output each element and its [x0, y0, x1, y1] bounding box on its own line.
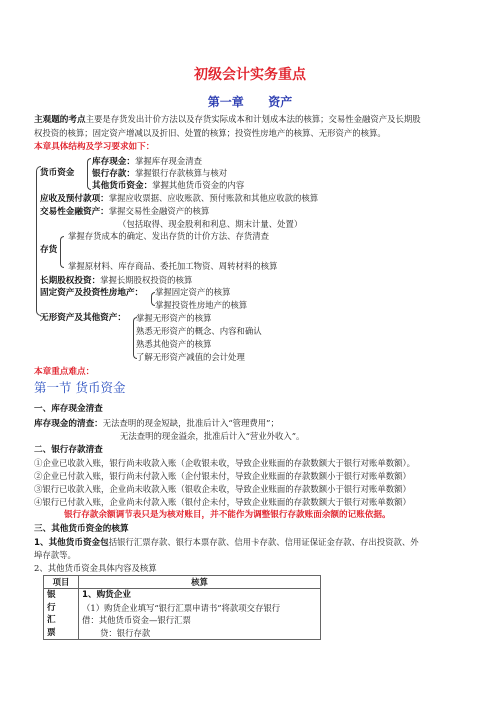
structure-heading: 本章具体结构及学习要求如下：	[34, 143, 154, 152]
key-points-heading: 本章重点难点：	[34, 368, 94, 377]
cash-brace	[87, 158, 91, 190]
bank-item-3: ③银行已收款入账，企业尚未收款入账（银收企未收，导致企业账面的存款数额小于银行对…	[34, 485, 411, 493]
bank-note: 银行存款余额调节表只是为核对账目，并不能作为调整银行存款账面余额的记账依据。	[64, 511, 391, 520]
document-title: 初级会计实务重点	[0, 68, 500, 82]
table-header-row: 项目 核算	[44, 576, 321, 589]
cash-item-1: 库存现金：掌握库存现金清查	[92, 157, 202, 167]
part1-line-1: 库存现金的清查：无法查明的现金短缺，批准后计入“管理费用”；	[34, 419, 279, 429]
intangible-label: 无形资产及其他资产：	[40, 314, 126, 323]
chapter-heading: 第一章 资产	[0, 96, 500, 108]
accounting-cell: 1、购货企业 （1）购货企业填写“银行汇票申请书”将款项交存银行 借：其他货币资…	[79, 589, 321, 640]
part3-para-2: 2、其他货币资金具体内容及核算	[34, 564, 157, 572]
fixed-item-2: 掌握投资性房地产的核算	[155, 301, 247, 309]
fixed-label: 固定资产及投资性房地产：	[40, 289, 143, 298]
fixed-item-1: 掌握固定资产的核算	[155, 288, 230, 296]
inventory-item-1: 掌握存货成本的确定、发出存货的计价方法、存货清查	[68, 232, 269, 240]
header-accounting: 核算	[79, 576, 321, 589]
receivables-item: 应收及预付款项：掌握应收票据、应收账款、预付账款和其他应收款的核算	[40, 194, 318, 204]
intangible-item-2: 熟悉无形资产的概念、内容和确认	[136, 327, 262, 335]
intangible-item-4: 了解无形资产减值的会计处理	[136, 353, 245, 361]
other-cash-table: 项目 核算 银 行 汇 票 1、购货企业 （1）购货企业填写“银行汇票申请书”将…	[43, 575, 321, 640]
intangible-item-3: 熟悉其他资产的核算	[136, 340, 211, 348]
inventory-brace	[60, 236, 64, 268]
cash-item-3: 其他货币资金：掌握其他货币资金的内容	[92, 181, 244, 191]
part1-heading: 一、库存现金清查	[34, 405, 103, 414]
chapter-number: 第一章	[208, 96, 244, 108]
part3-para-1: 1、其他货币资金包括银行汇票存款、银行本票存款、信用卡存款、信用证保证金存款、存…	[34, 538, 419, 548]
lt-equity-item: 长期股权投资：掌握长期股权投资的核算	[40, 276, 192, 286]
trading-note: （包括取得、现金股利和利息、期末计量、处置）	[118, 220, 302, 228]
trading-item: 交易性金融资产：掌握交易性金融资产的核算	[40, 207, 209, 217]
part3-heading: 三、其他货币资金的核算	[34, 525, 129, 534]
inventory-item-2: 掌握原材料、库存商品、委托加工物资、周转材料的核算	[68, 262, 277, 270]
part1-line-2: 无法查明的现金溢余，批准后计入“营业外收入”。	[120, 432, 304, 440]
intro-lead: 主观题的考点	[34, 115, 86, 125]
cash-item-2: 银行存款：掌握银行存款核算与核对	[92, 169, 227, 179]
header-item: 项目	[44, 576, 79, 589]
intangible-item-1: 掌握无形资产的核算	[136, 314, 211, 322]
intro-paragraph: 主观题的考点主要是存货发出计价方法以及存货实际成本和计划成本法的核算；交易性金融…	[34, 115, 421, 125]
intro-line-1: 主要是存货发出计价方法以及存货实际成本和计划成本法的核算；交易性金融资产及长期股	[86, 114, 421, 124]
section-title: 第一节 货币资金	[34, 382, 125, 395]
cash-label: 货币资金	[40, 169, 74, 178]
part2-heading: 二、银行存款清查	[34, 446, 103, 455]
intro-line-2: 权投资的核算；固定资产增减以及折旧、处置的核算；投资性房地产的核算、无形资产的核…	[34, 129, 386, 137]
bank-item-1: ①企业已收款入账，银行尚未收款入账（企收银未收，导致企业账面的存款数额大于银行对…	[34, 459, 415, 467]
item-cell: 银 行 汇 票	[44, 589, 79, 640]
inventory-label: 存货	[40, 246, 57, 255]
part3-para-1-cont: 埠存款等。	[34, 551, 76, 559]
bank-item-2: ②企业已付款入账，银行尚未付款入账（企付银未付，导致企业账面的存款数额小于银行对…	[34, 472, 411, 480]
table-row: 银 行 汇 票 1、购货企业 （1）购货企业填写“银行汇票申请书”将款项交存银行…	[44, 589, 321, 640]
bank-item-4: ④银行已付款入账，企业尚未付款入账（银付企未付，导致企业账面的存款数额大于银行对…	[34, 498, 411, 506]
chapter-name: 资产	[268, 96, 292, 108]
